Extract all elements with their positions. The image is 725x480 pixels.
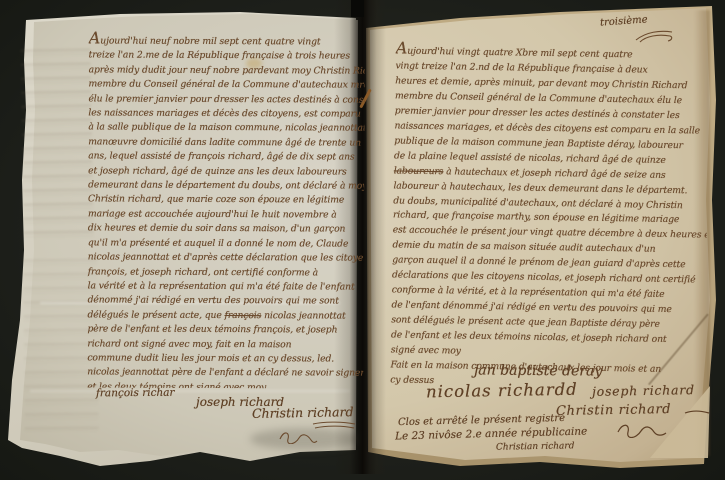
text-segment: à hautechaux et joseph richard âgé de se…: [443, 166, 665, 181]
manuscript-line: Christin richard, que marie coze son épo…: [88, 193, 364, 209]
signature-francois-richard: françois richar: [96, 387, 175, 400]
left-page-text-block: Aujourd'hui neuf nobre mil sept cent qua…: [87, 31, 365, 388]
manuscript-line: les naissances mariages et décès des cit…: [88, 106, 364, 122]
manuscript-line: nicolas jeannottat père de l'enfant a dé…: [87, 366, 363, 382]
manuscript-line: richard ont signé avec moy, fait en la m…: [87, 337, 363, 353]
ghost-text-bleedthrough: [20, 41, 93, 242]
manuscript-line: dénommé j'ai rédigé en vertu des pouvoir…: [88, 294, 364, 310]
signature-jean-baptiste-deray: jan baptiste deray: [474, 362, 602, 379]
manuscript-line: père de l'enfant et les deux témoins fra…: [87, 323, 363, 339]
manuscript-line: nicolas jeannottat et d'après cette décl…: [88, 250, 364, 266]
manuscript-line: élu le premier janvier pour dresser les …: [88, 92, 364, 108]
manuscript-line: dix heures et demie du soir dans sa mais…: [88, 222, 364, 238]
manuscript-line: et joseph richard, âgé de quinze ans les…: [88, 164, 364, 180]
manuscript-line: ans, lequel assisté de françois richard,…: [88, 150, 364, 166]
manuscript-line: qu'il m'a présenté et auquel il a donné …: [88, 236, 364, 252]
manuscript-line: commune dudit lieu les jour mois et an c…: [87, 351, 363, 367]
text-segment: délégués le présent acte, que: [88, 309, 225, 321]
signature-dash-flourish: [684, 409, 710, 417]
signature-nicolas-richard: nicolas richardd: [426, 380, 578, 402]
manuscript-line: membre du Conseil général de la Commune …: [89, 78, 365, 94]
signature-christin-richard-left: Christin richard: [252, 404, 354, 421]
manuscript-line: après midy dudit jour neuf nobre pardeva…: [89, 63, 365, 79]
manuscript-line: treize l'an 2.me de la République frança…: [89, 49, 365, 65]
text-segment: nicolas jeannottat: [261, 310, 345, 321]
fold-crease: [30, 390, 350, 392]
manuscript-line: la vérité et à la représentation qui m'a…: [88, 279, 364, 295]
manuscript-line: françois, et joseph richard, ont certifi…: [88, 265, 364, 281]
manuscript-line: mariage est accouchée aujourd'hui le hui…: [88, 207, 364, 223]
signature-underline-flourish: [312, 421, 356, 431]
signature-joseph-richard-right: joseph richard: [592, 382, 695, 399]
right-page-text-block: Aujourd'hui vingt quatre Xbre mil sept c…: [390, 41, 710, 392]
struck-word: laboureurs: [394, 165, 444, 177]
manuscript-line: à la salle publique de la maison commune…: [88, 121, 364, 137]
manuscript-line: demeurant dans le département du doubs, …: [88, 178, 364, 194]
signature-christin-richard-small: Christian richard: [496, 441, 575, 452]
manuscript-line: manœuvre domicilié dans ladite commune â…: [88, 135, 364, 151]
manuscript-line: délégués le présent acte, que françois n…: [88, 308, 364, 324]
manuscript-line: Aujourd'hui neuf nobre mil sept cent qua…: [89, 31, 365, 50]
header-paraph-flourish: [634, 28, 676, 44]
paraph-flourish-left: [278, 428, 318, 444]
paraph-flourish-right: [616, 420, 668, 438]
binding-notch-top: [351, 0, 364, 17]
signature-christin-richard-right: Christin richard: [556, 402, 671, 419]
manuscript-scan: Aujourd'hui neuf nobre mil sept cent qua…: [0, 0, 725, 480]
struck-word: françois: [225, 310, 262, 321]
